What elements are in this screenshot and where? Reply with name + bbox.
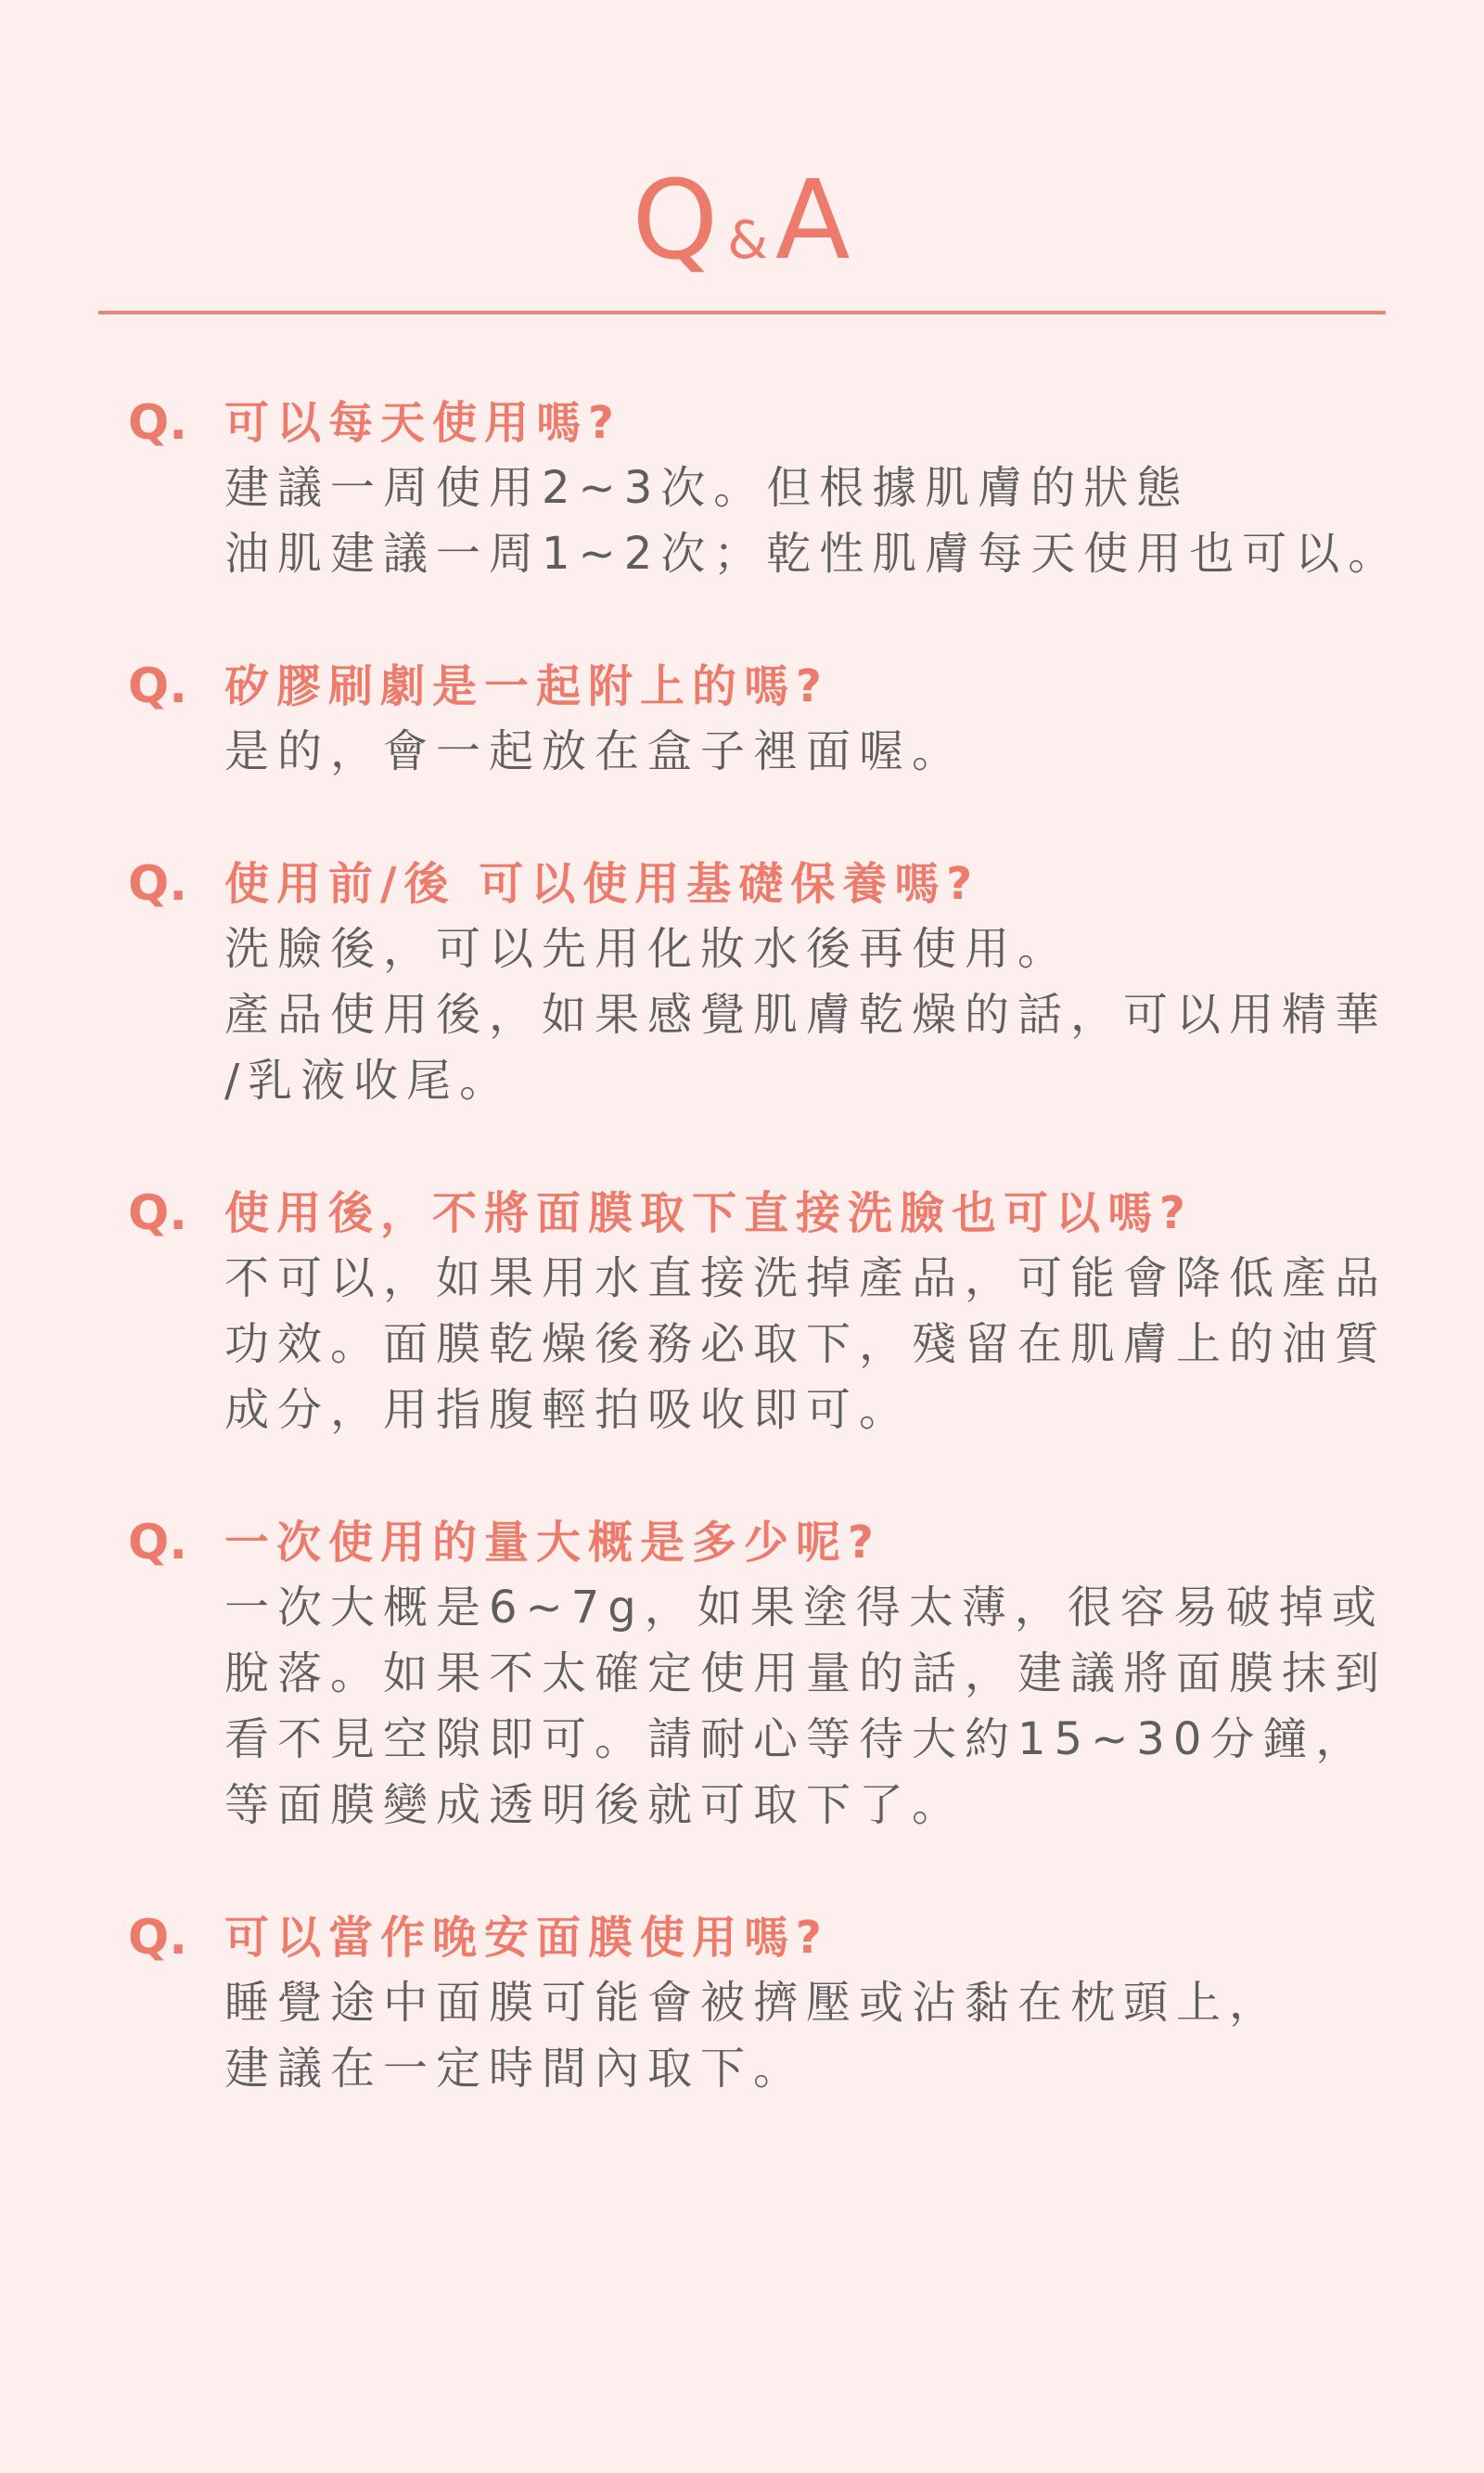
question-marker: Q.	[128, 1518, 187, 1567]
answer-line: 建議一周使用2~3次。但根據肌膚的狀態	[224, 455, 1484, 521]
question-text: 使用後，不將面膜取下直接洗臉也可以嗎?	[224, 1187, 1193, 1239]
question-text: 可以每天使用嗎?	[224, 397, 621, 449]
answer-line: 成分，用指腹輕拍吸收即可。	[224, 1377, 1484, 1443]
answer-line: /乳液收尾。	[224, 1048, 1484, 1114]
question-marker: Q.	[128, 399, 187, 447]
faq-list: Q. 可以每天使用嗎? 建議一周使用2~3次。但根據肌膚的狀態 油肌建議一周1~…	[0, 390, 1484, 2168]
answer-line: 等面膜變成透明後就可取下了。	[224, 1773, 1484, 1839]
answer-line: 洗臉後，可以先用化妝水後再使用。	[224, 916, 1484, 982]
answer-line: 產品使用後，如果感覺肌膚乾燥的話，可以用精華	[224, 982, 1484, 1048]
answer-line: 一次大概是6~7g，如果塗得太薄，很容易破掉或	[224, 1575, 1484, 1641]
answer: 洗臉後，可以先用化妝水後再使用。 產品使用後，如果感覺肌膚乾燥的話，可以用精華 …	[224, 916, 1484, 1114]
answer-line: 是的，會一起放在盒子裡面喔。	[224, 719, 1484, 785]
answer: 一次大概是6~7g，如果塗得太薄，很容易破掉或 脫落。如果不太確定使用量的話，建…	[224, 1575, 1484, 1839]
question-text: 一次使用的量大概是多少呢?	[224, 1517, 881, 1569]
answer: 是的，會一起放在盒子裡面喔。	[224, 719, 1484, 785]
faq-item: Q. 可以當作晚安面膜使用嗎? 睡覺途中面膜可能會被擠壓或沾黏在枕頭上， 建議在…	[0, 1904, 1484, 2102]
faq-item: Q. 可以每天使用嗎? 建議一周使用2~3次。但根據肌膚的狀態 油肌建議一周1~…	[0, 390, 1484, 587]
answer: 不可以，如果用水直接洗掉產品，可能會降低產品 功效。面膜乾燥後務必取下，殘留在肌…	[224, 1246, 1484, 1443]
faq-item: Q. 使用前/後 可以使用基礎保養嗎? 洗臉後，可以先用化妝水後再使用。 產品使…	[0, 851, 1484, 1114]
answer: 睡覺途中面膜可能會被擠壓或沾黏在枕頭上， 建議在一定時間內取下。	[224, 1970, 1484, 2102]
title-ampersand: &	[727, 211, 768, 271]
answer-line: 睡覺途中面膜可能會被擠壓或沾黏在枕頭上，	[224, 1970, 1484, 2036]
page-title: Q&A	[0, 156, 1484, 284]
title-divider	[98, 311, 1386, 314]
answer-line: 脫落。如果不太確定使用量的話，建議將面膜抹到	[224, 1641, 1484, 1707]
question-text: 矽膠刷劇是一起附上的嗎?	[224, 660, 829, 712]
question-text: 使用前/後 可以使用基礎保養嗎?	[224, 858, 979, 910]
faq-item: Q. 一次使用的量大概是多少呢? 一次大概是6~7g，如果塗得太薄，很容易破掉或…	[0, 1509, 1484, 1839]
question-text: 可以當作晚安面膜使用嗎?	[224, 1912, 829, 1964]
title-q: Q	[632, 156, 720, 284]
question-marker: Q.	[128, 860, 187, 908]
question-marker: Q.	[128, 1914, 187, 1962]
answer-line: 建議在一定時間內取下。	[224, 2036, 1484, 2102]
answer-line: 功效。面膜乾燥後務必取下，殘留在肌膚上的油質	[224, 1312, 1484, 1377]
question-marker: Q.	[128, 1189, 187, 1237]
answer-line: 油肌建議一周1~2次；乾性肌膚每天使用也可以。	[224, 521, 1484, 587]
faq-item: Q. 矽膠刷劇是一起附上的嗎? 是的，會一起放在盒子裡面喔。	[0, 653, 1484, 785]
title-a: A	[775, 156, 852, 284]
answer-line: 看不見空隙即可。請耐心等待大約15~30分鐘，	[224, 1707, 1484, 1773]
question-marker: Q.	[128, 662, 187, 711]
answer: 建議一周使用2~3次。但根據肌膚的狀態 油肌建議一周1~2次；乾性肌膚每天使用也…	[224, 455, 1484, 587]
answer-line: 不可以，如果用水直接洗掉產品，可能會降低產品	[224, 1246, 1484, 1312]
faq-item: Q. 使用後，不將面膜取下直接洗臉也可以嗎? 不可以，如果用水直接洗掉產品，可能…	[0, 1180, 1484, 1443]
